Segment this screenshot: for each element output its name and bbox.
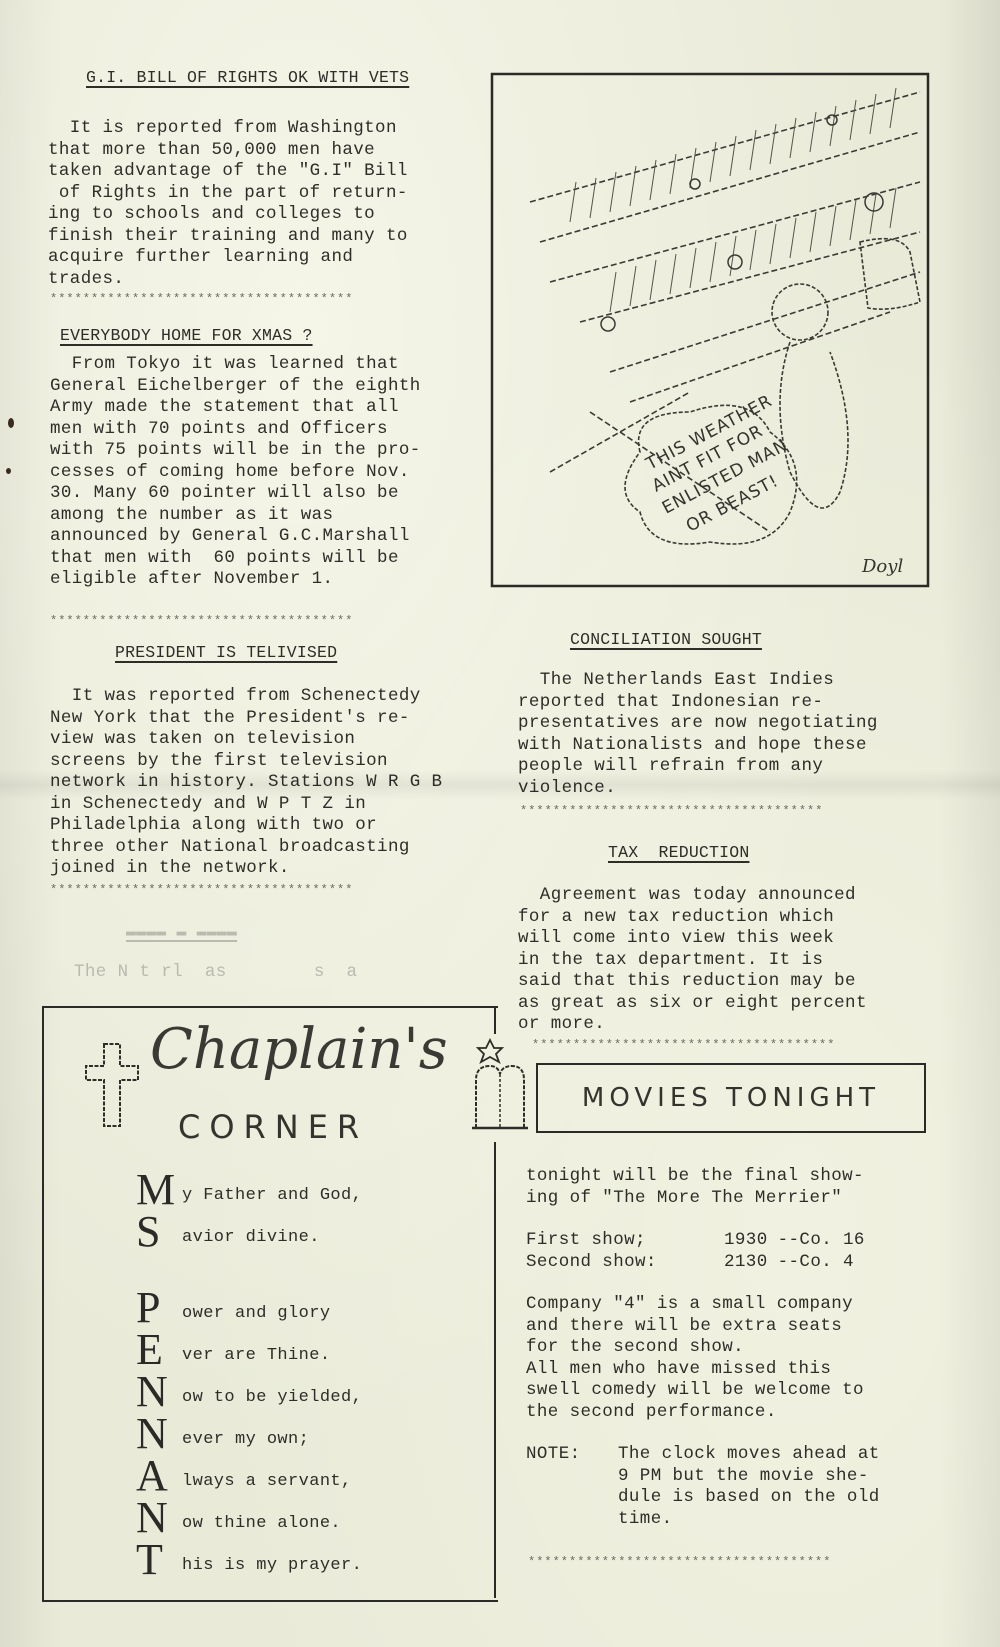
text-line: finish their training and many to	[48, 226, 408, 248]
text-line: New York that the President's re-	[50, 708, 442, 730]
show-label: First show;	[526, 1230, 724, 1252]
poem-initial: E	[136, 1330, 182, 1370]
poem-text: ver are Thine.	[182, 1345, 330, 1370]
poem-line: My Father and God,	[136, 1168, 362, 1210]
text-line: The clock moves ahead at	[618, 1444, 880, 1466]
note-label: NOTE:	[526, 1444, 618, 1530]
article-body-tax: Agreement was today announced for a new …	[518, 885, 867, 1036]
text-line: All men who have missed this	[526, 1359, 880, 1381]
text-line: ing to schools and colleges to	[48, 204, 408, 226]
star-separator: *************************************	[528, 1555, 928, 1569]
text-line: acquire further learning and	[48, 247, 408, 269]
poem-text: ower and glory	[182, 1303, 330, 1328]
poem-initial: N	[136, 1414, 182, 1454]
text-line: for the second show.	[526, 1337, 880, 1359]
poem-line: Now thine alone.	[136, 1496, 362, 1538]
poem-initial: S	[136, 1212, 182, 1252]
corner-title: CORNER	[178, 1108, 368, 1146]
show-label: Second show:	[526, 1252, 724, 1274]
text-line: From Tokyo it was learned that	[50, 354, 421, 376]
poem-text: y Father and God,	[182, 1185, 362, 1210]
poem-line: Power and glory	[136, 1286, 362, 1328]
text-line: screens by the first television	[50, 751, 442, 773]
movies-tonight-banner: MOVIES TONIGHT	[536, 1063, 926, 1133]
movies-body: tonight will be the final show- ing of "…	[526, 1166, 880, 1530]
article-title-gi-bill: G.I. BILL OF RIGHTS OK WITH VETS	[86, 68, 409, 87]
poem-initial: M	[136, 1170, 182, 1210]
text-line: trades.	[48, 269, 408, 291]
text-line: It is reported from Washington	[48, 118, 408, 140]
poem-initial: P	[136, 1288, 182, 1328]
poem-text: lways a servant,	[182, 1471, 352, 1496]
poem-line: Always a servant,	[136, 1454, 362, 1496]
article-title-xmas: EVERYBODY HOME FOR XMAS ?	[60, 326, 313, 345]
show-company: --Co. 4	[778, 1252, 854, 1274]
poem-initial: N	[136, 1372, 182, 1412]
poem-line: Savior divine.	[136, 1210, 362, 1252]
box-edge	[494, 1142, 496, 1598]
poem-initial: A	[136, 1456, 182, 1496]
text-line: the second performance.	[526, 1402, 880, 1424]
article-body-gi-bill: It is reported from Washington that more…	[48, 118, 408, 290]
box-edge	[494, 1006, 496, 1034]
text-line: said that this reduction may be	[518, 971, 867, 993]
cross-icon	[82, 1040, 142, 1130]
text-line: among the number as it was	[50, 505, 421, 527]
cartoon-signature: Doyl	[861, 556, 903, 577]
text-line: eligible after November 1.	[50, 569, 421, 591]
star-separator: *************************************	[50, 614, 490, 628]
text-line: men with 70 points and Officers	[50, 419, 421, 441]
text-line: ing of "The More The Merrier"	[526, 1188, 880, 1210]
text-line: that more than 50,000 men have	[48, 140, 408, 162]
poem-text: ow to be yielded,	[182, 1387, 362, 1412]
acrostic-poem: My Father and God, Savior divine. Power …	[136, 1168, 362, 1580]
text-line: or more.	[518, 1014, 867, 1036]
text-line: with 75 points will be in the pro-	[50, 440, 421, 462]
text-line: announced by General G.C.Marshall	[50, 526, 421, 548]
show-row: First show; 1930 --Co. 16	[526, 1230, 880, 1252]
text-line: General Eichelberger of the eighth	[50, 376, 421, 398]
text-line: swell comedy will be welcome to	[526, 1380, 880, 1402]
text-line: and there will be extra seats	[526, 1316, 880, 1338]
tablets-of-law-icon	[470, 1036, 530, 1132]
text-line: reported that Indonesian re-	[518, 692, 878, 714]
poem-text: avior divine.	[182, 1227, 320, 1252]
text-line: as great as six or eight percent	[518, 993, 867, 1015]
poem-text: ow thine alone.	[182, 1513, 341, 1538]
paper-stain	[6, 468, 11, 474]
text-line: 30. Many 60 pointer will also be	[50, 483, 421, 505]
show-time: 1930	[724, 1230, 768, 1252]
show-row: Second show: 2130 --Co. 4	[526, 1252, 880, 1274]
poem-line: Now to be yielded,	[136, 1370, 362, 1412]
text-line: that men with 60 points will be	[50, 548, 421, 570]
movies-title: MOVIES TONIGHT	[582, 1083, 880, 1113]
star-separator: *************************************	[50, 292, 470, 306]
article-title-president: PRESIDENT IS TELIVISED	[115, 643, 337, 662]
text-line: joined in the network.	[50, 858, 442, 880]
text-line: Company "4" is a small company	[526, 1294, 880, 1316]
text-line: for a new tax reduction which	[518, 907, 867, 929]
text-line: dule is based on the old	[618, 1487, 880, 1509]
text-line: in the tax department. It is	[518, 950, 867, 972]
article-title-tax: TAX REDUCTION	[608, 843, 749, 862]
text-line: 9 PM but the movie she-	[618, 1466, 880, 1488]
text-line: time.	[618, 1509, 880, 1531]
star-separator: *************************************	[520, 804, 940, 818]
chaplains-script-title: Chaplain's	[150, 1020, 448, 1080]
poem-line: This is my prayer.	[136, 1538, 362, 1580]
text-line: Philadelphia along with two or	[50, 815, 442, 837]
faded-article-title: ▬▬▬▬ ▬ ▬▬▬▬	[126, 922, 237, 941]
text-line: with Nationalists and hope these	[518, 735, 878, 757]
text-line: Army made the statement that all	[50, 397, 421, 419]
text-line: view was taken on television	[50, 729, 442, 751]
text-line: cesses of coming home before Nov.	[50, 462, 421, 484]
text-line: It was reported from Schenectedy	[50, 686, 442, 708]
text-line: will come into view this week	[518, 928, 867, 950]
poem-text: ever my own;	[182, 1429, 309, 1454]
star-separator: *************************************	[532, 1038, 932, 1052]
article-body-xmas: From Tokyo it was learned that General E…	[50, 354, 421, 591]
paper-stain	[8, 418, 14, 428]
cartoon-illustration: THIS WEATHER AINT FIT FOR ENLISTED MAN O…	[490, 72, 930, 588]
text-line: Agreement was today announced	[518, 885, 867, 907]
text-line: The Netherlands East Indies	[518, 670, 878, 692]
text-line: three other National broadcasting	[50, 837, 442, 859]
poem-line: Ever are Thine.	[136, 1328, 362, 1370]
show-time: 2130	[724, 1252, 768, 1274]
poem-text: his is my prayer.	[182, 1555, 362, 1580]
poem-initial: N	[136, 1498, 182, 1538]
paper-fold	[0, 770, 1000, 800]
poem-line: Never my own;	[136, 1412, 362, 1454]
text-line: of Rights in the part of return-	[48, 183, 408, 205]
poem-initial: T	[136, 1540, 182, 1580]
star-separator: *************************************	[50, 883, 480, 897]
text-line: presentatives are now negotiating	[518, 713, 878, 735]
text-line: tonight will be the final show-	[526, 1166, 880, 1188]
article-title-conciliation: CONCILIATION SOUGHT	[570, 630, 762, 649]
show-company: --Co. 16	[778, 1230, 865, 1252]
note-block: NOTE: The clock moves ahead at 9 PM but …	[526, 1444, 880, 1530]
faded-article-line: The N t rl as s a	[74, 962, 357, 984]
text-line: taken advantage of the "G.I" Bill	[48, 161, 408, 183]
